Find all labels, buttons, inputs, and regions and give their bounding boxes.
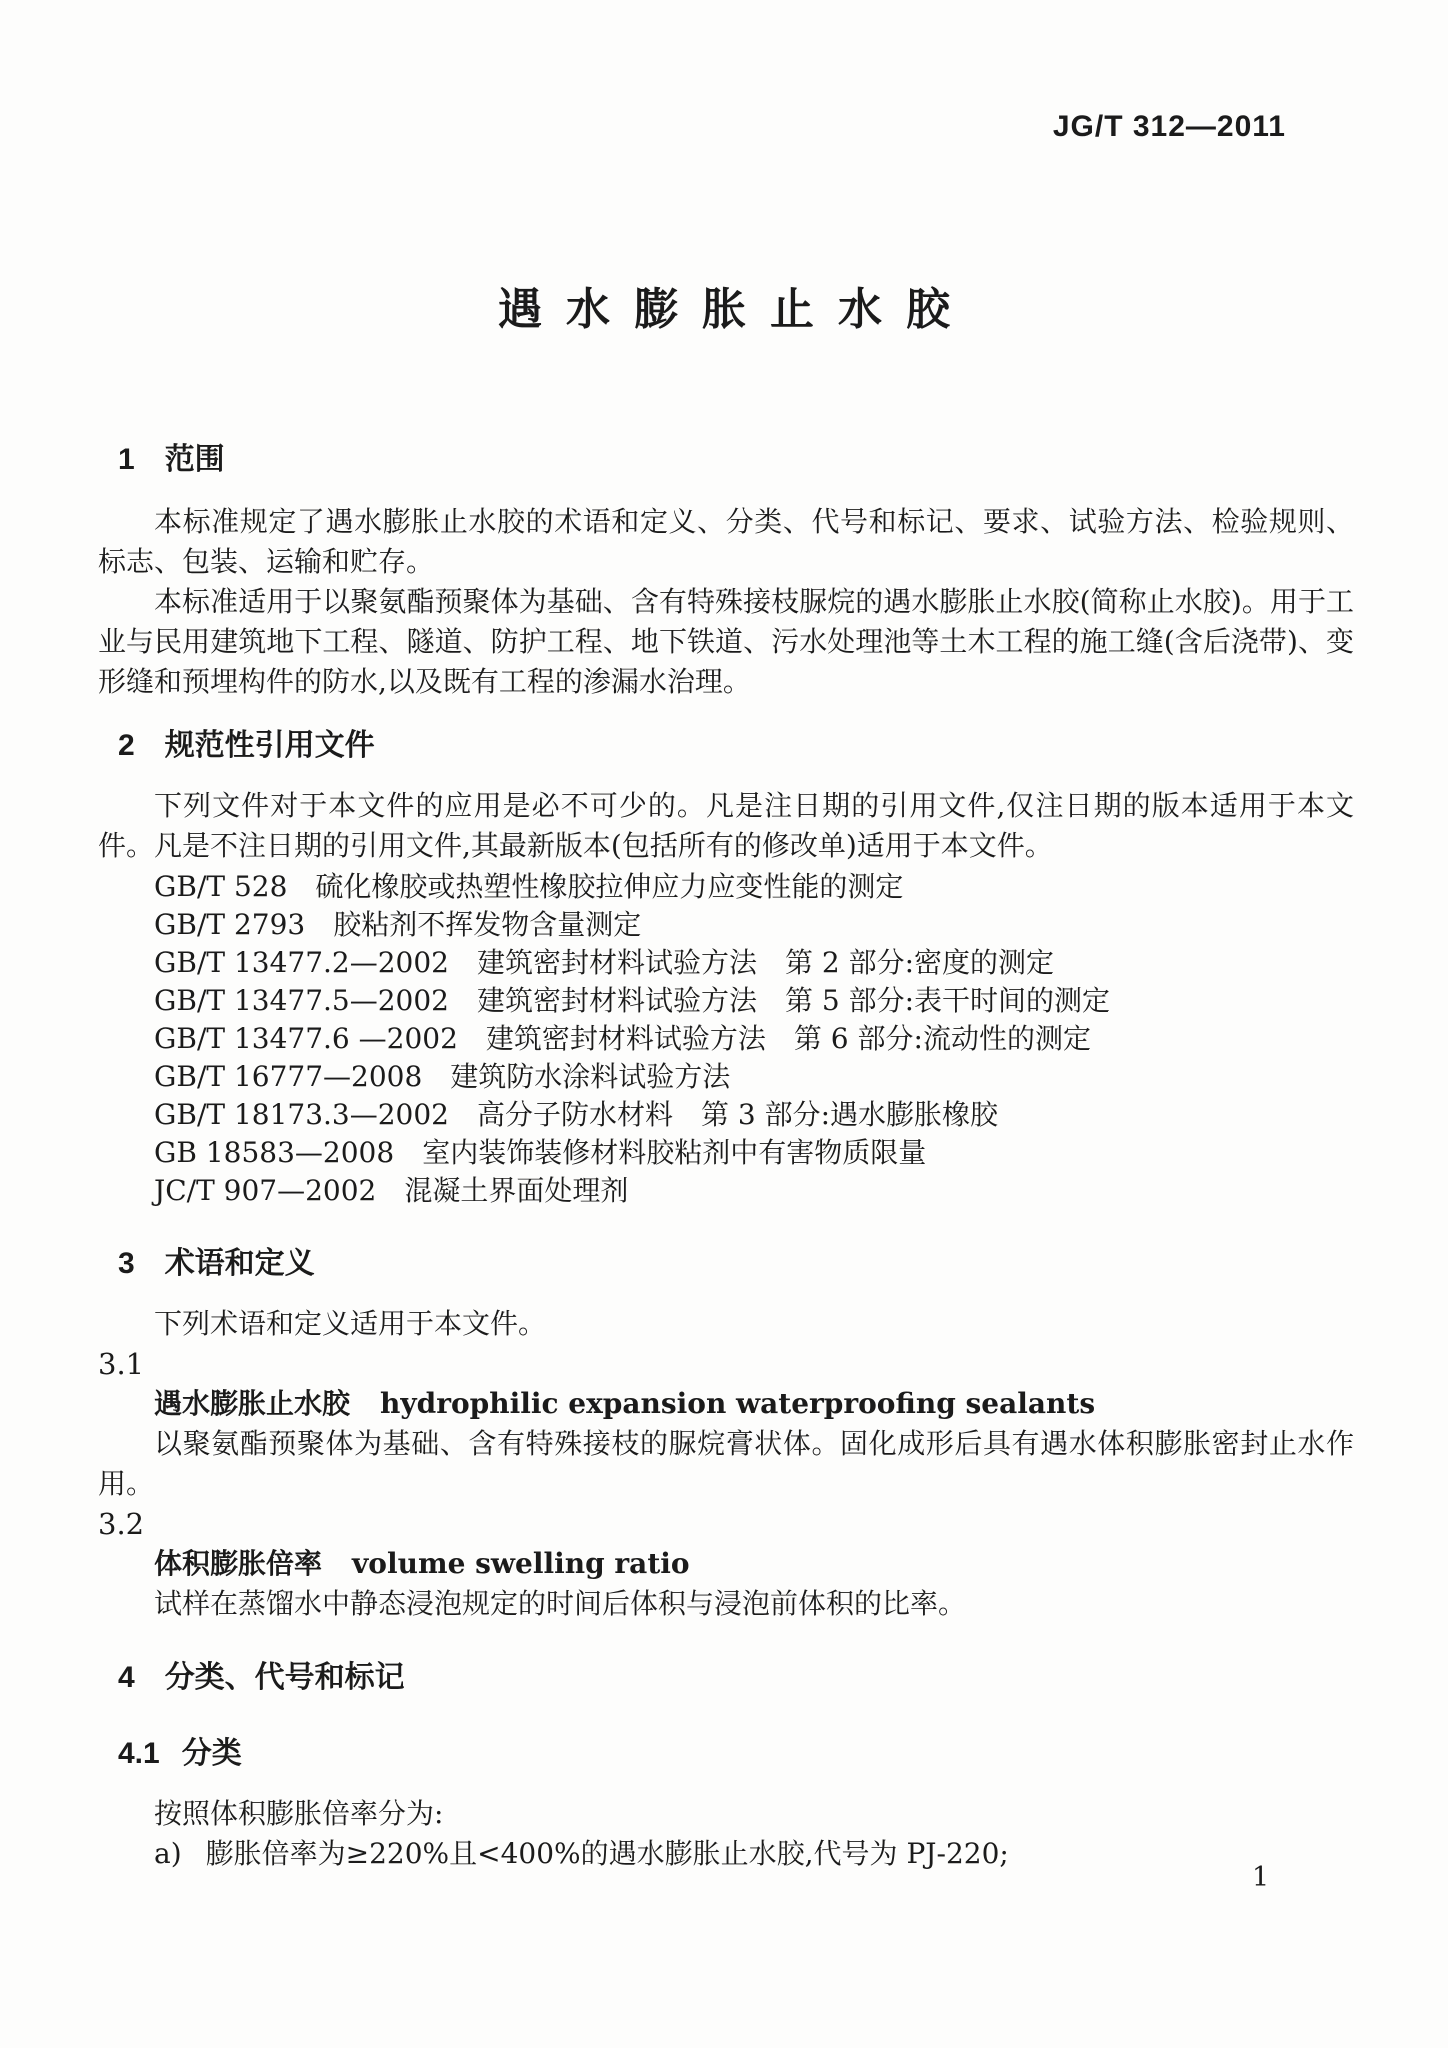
reference-code: JC/T 907—2002 <box>154 1174 376 1207</box>
reference-code: GB/T 13477.6 —2002 <box>154 1022 458 1055</box>
term-english: volume swelling ratio <box>352 1547 690 1580</box>
reference-title: 建筑密封材料试验方法 第 5 部分:表干时间的测定 <box>477 984 1110 1017</box>
reference-code: GB/T 13477.5—2002 <box>154 984 449 1017</box>
reference-title: 建筑防水涂料试验方法 <box>450 1060 730 1093</box>
standard-code: JG/T 312—2011 <box>1053 110 1286 144</box>
subsection-heading-classification: 4.1分类 <box>118 1736 242 1772</box>
section-heading-classification: 4分类、代号和标记 <box>118 1660 405 1696</box>
term-definition: 以聚氨酯预聚体为基础、含有特殊接枝的脲烷膏状体。固化成形后具有遇水体积膨胀密封止… <box>98 1424 1354 1504</box>
reference-code: GB/T 13477.2—2002 <box>154 946 449 979</box>
reference-title: 高分子防水材料 第 3 部分:遇水膨胀橡胶 <box>477 1098 998 1131</box>
reference-title: 混凝土界面处理剂 <box>404 1174 628 1207</box>
reference-title: 建筑密封材料试验方法 第 2 部分:密度的测定 <box>477 946 1054 979</box>
term-chinese: 遇水膨胀止水胶 <box>154 1388 350 1419</box>
reference-title: 硫化橡胶或热塑性橡胶拉伸应力应变性能的测定 <box>315 870 903 903</box>
reference-item: GB/T 2793胶粘剂不挥发物含量测定 <box>98 906 1354 944</box>
term-title-line: 遇水膨胀止水胶hydrophilic expansion waterproofi… <box>98 1384 1354 1424</box>
reference-item: GB/T 18173.3—2002高分子防水材料 第 3 部分:遇水膨胀橡胶 <box>98 1096 1354 1134</box>
reference-title: 胶粘剂不挥发物含量测定 <box>333 908 641 941</box>
section-number: 1 <box>118 443 135 476</box>
term-title-line: 体积膨胀倍率volume swelling ratio <box>98 1544 1354 1584</box>
reference-item: GB/T 13477.5—2002建筑密封材料试验方法 第 5 部分:表干时间的… <box>98 982 1354 1020</box>
section-heading-scope: 1范围 <box>118 442 225 478</box>
scope-paragraph: 本标准规定了遇水膨胀止水胶的术语和定义、分类、代号和标记、要求、试验方法、检验规… <box>98 502 1354 582</box>
reference-code: GB/T 16777—2008 <box>154 1060 422 1093</box>
section-scope-body: 本标准规定了遇水膨胀止水胶的术语和定义、分类、代号和标记、要求、试验方法、检验规… <box>98 502 1354 702</box>
subsection-number: 4.1 <box>118 1737 160 1770</box>
reference-title: 建筑密封材料试验方法 第 6 部分:流动性的测定 <box>486 1022 1091 1055</box>
subsection-label: 分类 <box>182 1737 242 1770</box>
reference-title: 室内装饰装修材料胶粘剂中有害物质限量 <box>422 1136 926 1169</box>
term-english: hydrophilic expansion waterproofing seal… <box>380 1387 1095 1420</box>
reference-code: GB 18583—2008 <box>154 1136 394 1169</box>
scope-paragraph: 本标准适用于以聚氨酯预聚体为基础、含有特殊接枝脲烷的遇水膨胀止水胶(简称止水胶)… <box>98 582 1354 702</box>
section-number: 4 <box>118 1661 135 1694</box>
classification-body: 按照体积膨胀倍率分为: a)膨胀倍率为≥220%且<400%的遇水膨胀止水胶,代… <box>98 1794 1354 1874</box>
section-label: 规范性引用文件 <box>165 729 375 762</box>
reference-item: GB/T 16777—2008建筑防水涂料试验方法 <box>98 1058 1354 1096</box>
reference-item: JC/T 907—2002混凝土界面处理剂 <box>98 1172 1354 1210</box>
classification-item-text: 膨胀倍率为≥220%且<400%的遇水膨胀止水胶,代号为 PJ-220; <box>206 1837 1009 1870</box>
page-number: 1 <box>1252 1862 1269 1893</box>
reference-item: GB/T 528硫化橡胶或热塑性橡胶拉伸应力应变性能的测定 <box>98 868 1354 906</box>
classification-item: a)膨胀倍率为≥220%且<400%的遇水膨胀止水胶,代号为 PJ-220; <box>98 1834 1354 1874</box>
section-terms-body: 下列术语和定义适用于本文件。 3.1 遇水膨胀止水胶hydrophilic ex… <box>98 1304 1354 1624</box>
references-intro: 下列文件对于本文件的应用是必不可少的。凡是注日期的引用文件,仅注日期的版本适用于… <box>98 786 1354 866</box>
section-heading-references: 2规范性引用文件 <box>118 728 375 764</box>
reference-list: GB/T 528硫化橡胶或热塑性橡胶拉伸应力应变性能的测定 GB/T 2793胶… <box>98 868 1354 1210</box>
term-number: 3.1 <box>98 1344 1354 1384</box>
section-number: 3 <box>118 1247 135 1280</box>
section-label: 分类、代号和标记 <box>165 1661 405 1694</box>
reference-code: GB/T 528 <box>154 870 287 903</box>
reference-item: GB/T 13477.6 —2002建筑密封材料试验方法 第 6 部分:流动性的… <box>98 1020 1354 1058</box>
section-number: 2 <box>118 729 135 762</box>
reference-code: GB/T 2793 <box>154 908 305 941</box>
classification-item-label: a) <box>154 1837 182 1870</box>
term-chinese: 体积膨胀倍率 <box>154 1548 322 1579</box>
reference-item: GB 18583—2008室内装饰装修材料胶粘剂中有害物质限量 <box>98 1134 1354 1172</box>
classification-intro: 按照体积膨胀倍率分为: <box>98 1794 1354 1834</box>
section-heading-terms: 3术语和定义 <box>118 1246 315 1282</box>
reference-code: GB/T 18173.3—2002 <box>154 1098 449 1131</box>
references-intro-block: 下列文件对于本文件的应用是必不可少的。凡是注日期的引用文件,仅注日期的版本适用于… <box>98 786 1354 866</box>
reference-item: GB/T 13477.2—2002建筑密封材料试验方法 第 2 部分:密度的测定 <box>98 944 1354 982</box>
term-definition: 试样在蒸馏水中静态浸泡规定的时间后体积与浸泡前体积的比率。 <box>98 1584 1354 1624</box>
document-page: JG/T 312—2011 遇水膨胀止水胶 1范围 本标准规定了遇水膨胀止水胶的… <box>0 0 1448 2048</box>
term-number: 3.2 <box>98 1504 1354 1544</box>
document-title: 遇水膨胀止水胶 <box>0 286 1448 334</box>
section-label: 范围 <box>165 443 225 476</box>
terms-intro: 下列术语和定义适用于本文件。 <box>98 1304 1354 1344</box>
section-label: 术语和定义 <box>165 1247 315 1280</box>
